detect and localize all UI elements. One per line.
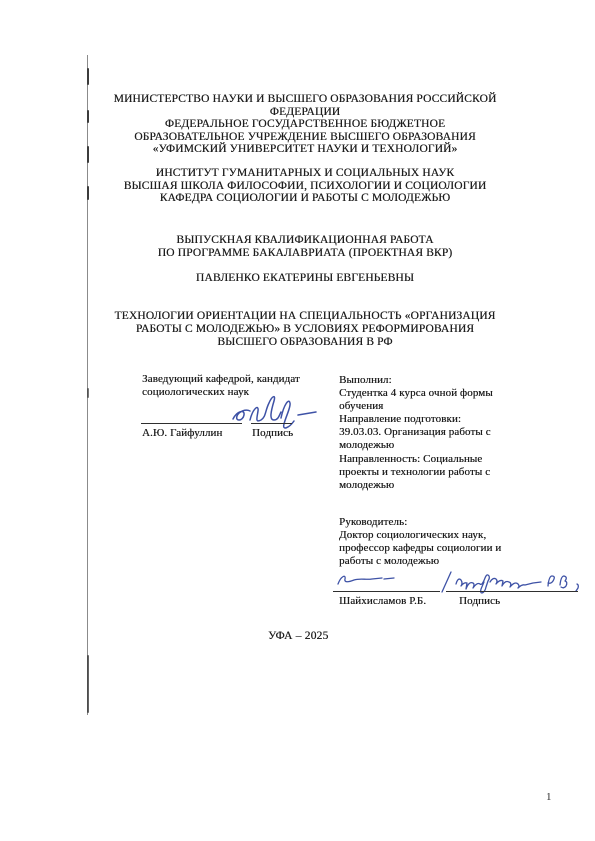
performer-line: Направленность: Социальные	[339, 453, 493, 466]
city-year: УФА – 2025	[268, 630, 328, 642]
work-type-line: ВЫПУСКНАЯ КВАЛИФИКАЦИОННАЯ РАБОТА	[90, 234, 520, 247]
supervisor-signature-line	[446, 591, 578, 592]
supervisor-name-row: Шайхисламов Р.Б.	[339, 595, 426, 608]
thesis-title-block: ТЕХНОЛОГИИ ОРИЕНТАЦИИ НА СПЕЦИАЛЬНОСТЬ «…	[90, 310, 520, 349]
performer-line: Выполнил:	[339, 374, 493, 387]
supervisor-name: Шайхисламов Р.Б.	[339, 595, 426, 607]
performer-line: Направление подготовки:	[339, 413, 493, 426]
supervisor-line: Руководитель:	[339, 516, 501, 529]
signature-label: Подпись	[252, 427, 293, 439]
ministry-line: ФЕДЕРАЦИИ	[90, 106, 520, 119]
university-name: «УФИМСКИЙ УНИВЕРСИТЕТ НАУКИ И ТЕХНОЛОГИЙ…	[90, 143, 520, 156]
ministry-line: МИНИСТЕРСТВО НАУКИ И ВЫСШЕГО ОБРАЗОВАНИЯ…	[90, 93, 520, 106]
supervisor-block: Руководитель: Доктор социологических нау…	[339, 516, 501, 568]
institution-line: ОБРАЗОВАТЕЛЬНОЕ УЧРЕЖДЕНИЕ ВЫСШЕГО ОБРАЗ…	[90, 131, 520, 144]
head-signature-line	[141, 423, 242, 424]
supervisor-line: профессор кафедры социологии и	[339, 542, 501, 555]
performer-line: 39.03.03. Организация работы с	[339, 426, 493, 439]
performer-block: Выполнил: Студентка 4 курса очной формы …	[339, 374, 493, 492]
scan-edge-blob	[87, 146, 90, 163]
supervisor-signature-caption: Подпись	[459, 595, 500, 608]
author-name: ПАВЛЕНКО ЕКАТЕРИНЫ ЕВГЕНЬЕВНЫ	[90, 272, 520, 285]
performer-line: молодежью	[339, 439, 493, 452]
supervisor-signature-line	[333, 591, 440, 592]
author-block: ПАВЛЕНКО ЕКАТЕРИНЫ ЕВГЕНЬЕВНЫ	[90, 272, 520, 285]
head-signature-caption: Подпись	[252, 427, 293, 440]
supervisor-line: работы с молодежью	[339, 555, 501, 568]
performer-line: Студентка 4 курса очной формы	[339, 387, 493, 400]
head-title-line: Заведующий кафедрой, кандидат	[142, 373, 300, 386]
page-number: 1	[546, 791, 552, 803]
performer-line: проекты и технологии работы с	[339, 466, 493, 479]
ministry-university-block: МИНИСТЕРСТВО НАУКИ И ВЫСШЕГО ОБРАЗОВАНИЯ…	[90, 93, 520, 156]
thesis-title-page: МИНИСТЕРСТВО НАУКИ И ВЫСШЕГО ОБРАЗОВАНИЯ…	[0, 0, 595, 841]
work-type-block: ВЫПУСКНАЯ КВАЛИФИКАЦИОННАЯ РАБОТА ПО ПРО…	[90, 234, 520, 259]
scan-edge-blob	[87, 186, 89, 200]
thesis-title-line: РАБОТЫ С МОЛОДЕЖЬЮ» В УСЛОВИЯХ РЕФОРМИРО…	[90, 323, 520, 336]
head-signature-line	[251, 423, 292, 424]
school-line: ВЫСШАЯ ШКОЛА ФИЛОСОФИИ, ПСИХОЛОГИИ И СОЦ…	[90, 180, 520, 193]
performer-line: молодежью	[339, 479, 493, 492]
department-line: КАФЕДРА СОЦИОЛОГИИ И РАБОТЫ С МОЛОДЕЖЬЮ	[90, 192, 520, 205]
signature-label: Подпись	[459, 595, 500, 607]
scan-edge-blob	[87, 388, 89, 398]
scan-edge-blob	[87, 68, 90, 85]
supervisor-line: Доктор социологических наук,	[339, 529, 501, 542]
institution-line: ФЕДЕРАЛЬНОЕ ГОСУДАРСТВЕННОЕ БЮДЖЕТНОЕ	[90, 118, 520, 131]
scan-edge-blob	[87, 110, 89, 123]
performer-line: обучения	[339, 400, 493, 413]
institute-block: ИНСТИТУТ ГУМАНИТАРНЫХ И СОЦИАЛЬНЫХ НАУК …	[90, 167, 520, 205]
work-type-line: ПО ПРОГРАММЕ БАКАЛАВРИАТА (ПРОЕКТНАЯ ВКР…	[90, 247, 520, 260]
head-name-row: А.Ю. Гайфуллин	[142, 427, 222, 440]
thesis-title-line: ВЫСШЕГО ОБРАЗОВАНИЯ В РФ	[90, 336, 520, 349]
thesis-title-line: ТЕХНОЛОГИИ ОРИЕНТАЦИИ НА СПЕЦИАЛЬНОСТЬ «…	[90, 310, 520, 323]
institute-line: ИНСТИТУТ ГУМАНИТАРНЫХ И СОЦИАЛЬНЫХ НАУК	[90, 167, 520, 180]
head-name: А.Ю. Гайфуллин	[142, 427, 222, 439]
scan-edge-blob	[87, 655, 89, 713]
